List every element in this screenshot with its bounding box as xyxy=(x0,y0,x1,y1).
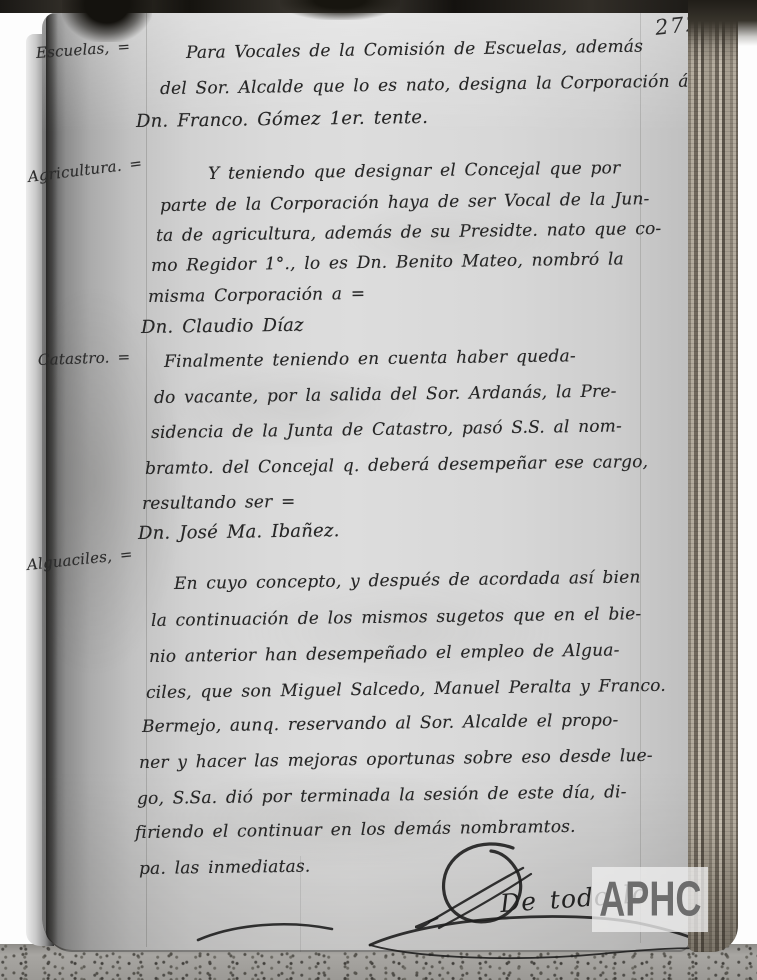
aphc-watermark: APHC xyxy=(592,867,708,932)
manuscript-line-name: Dn. Claudio Díaz xyxy=(141,315,304,338)
margin-note-catastro: Catastro. = xyxy=(38,348,131,369)
top-left-shadow xyxy=(62,0,152,42)
gutter-shadow xyxy=(46,14,58,944)
manuscript-line-name: Dn. Franco. Gómez 1er. tente. xyxy=(136,107,428,132)
manuscript-line-name: Dn. José Ma. Ibañez. xyxy=(138,520,340,544)
margin-rule-right xyxy=(640,13,641,943)
aphc-watermark-text: APHC xyxy=(599,872,701,928)
book-fore-edge xyxy=(688,4,738,952)
manuscript-line: misma Corporación a = xyxy=(148,284,365,307)
top-middle-shadow xyxy=(280,0,400,20)
manuscript-scan: 272. Escuelas, = Agricultura. = Catastro… xyxy=(0,0,757,980)
manuscript-line: resultando ser = xyxy=(142,492,296,514)
top-right-shadow xyxy=(688,0,757,46)
manuscript-page xyxy=(42,12,690,952)
manuscript-line: pa. las inmediatas. xyxy=(139,857,311,879)
